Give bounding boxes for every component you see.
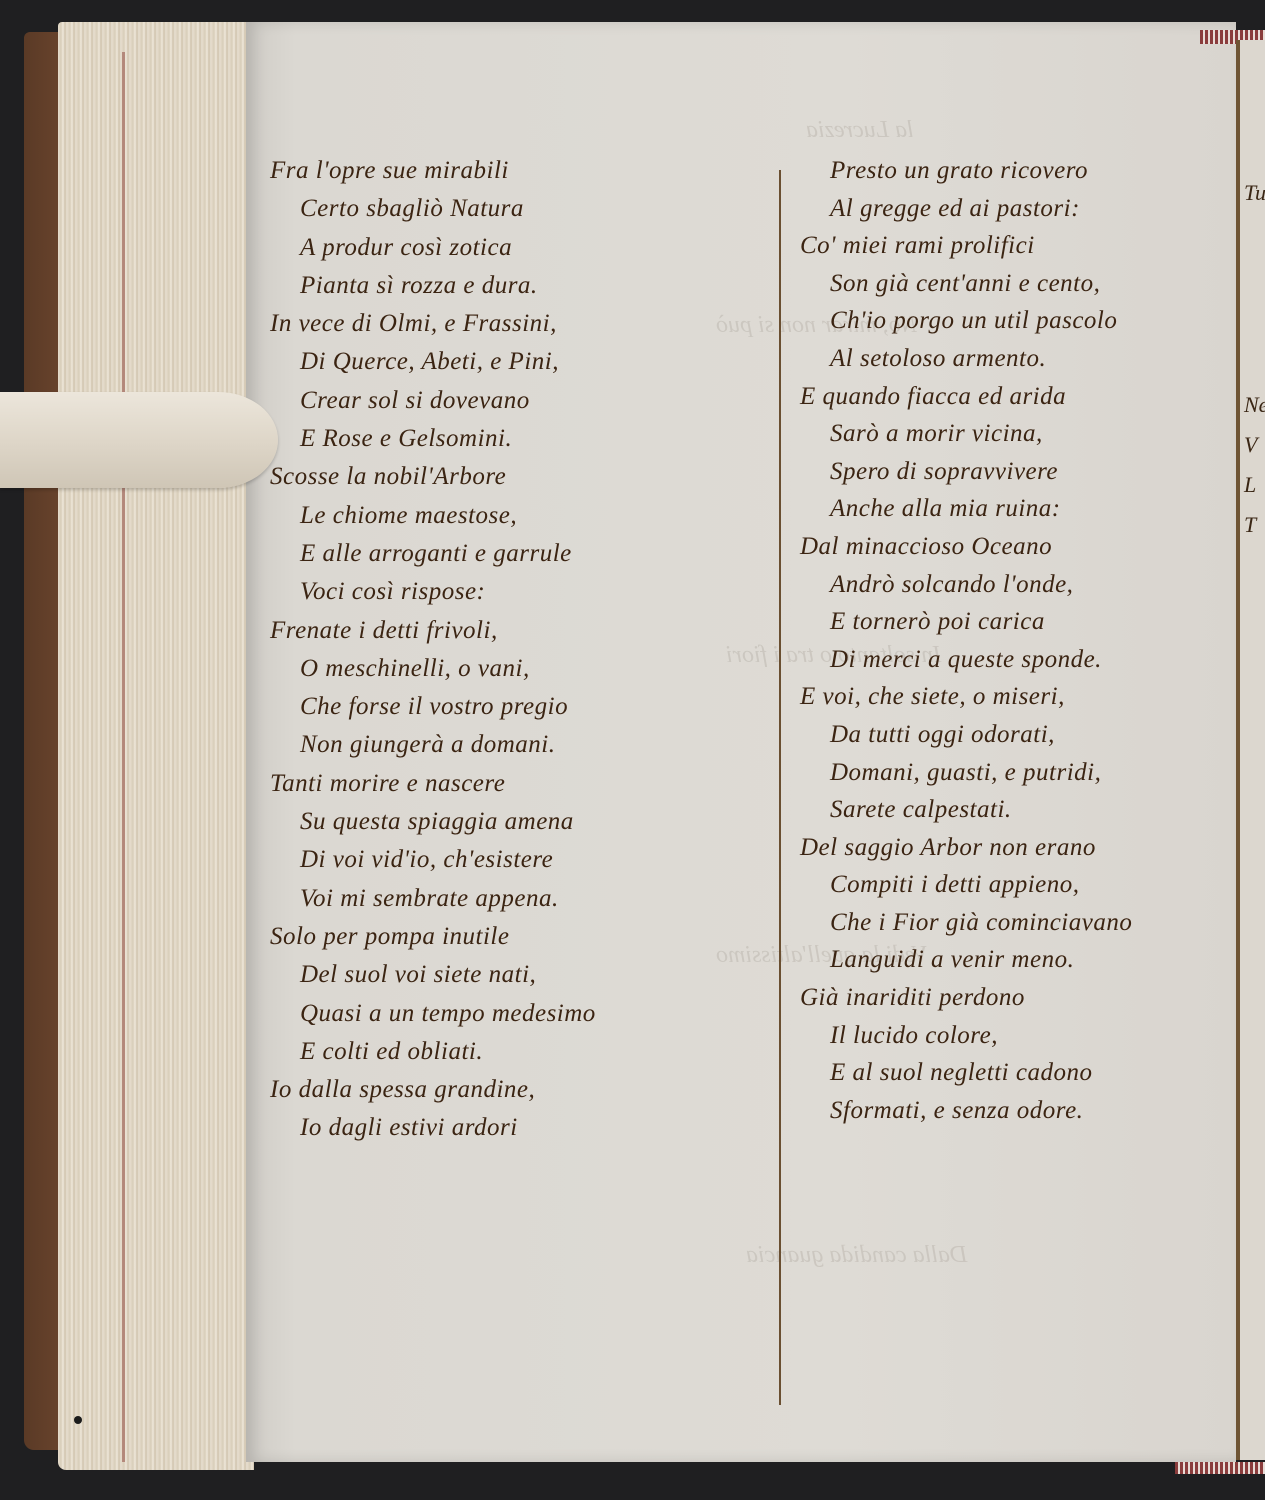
- facing-page-fragment: V: [1244, 432, 1257, 458]
- left-column: Fra l'opre sue mirabili Certo sbagliò Na…: [270, 152, 770, 1148]
- verse-line: Domani, guasti, e putridi,: [800, 754, 1240, 792]
- verse-line: E colti ed obliati.: [270, 1033, 770, 1071]
- verse-line: E tornerò poi carica: [800, 603, 1240, 641]
- verse-line: Il lucido colore,: [800, 1017, 1240, 1055]
- verse-line: Andrò solcando l'onde,: [800, 566, 1240, 604]
- facing-page-fragment: Ne: [1244, 392, 1265, 418]
- verse-line: Compiti i detti appieno,: [800, 866, 1240, 904]
- verse-line: Sarò a morir vicina,: [800, 415, 1240, 453]
- verse-line: Del suol voi siete nati,: [270, 956, 770, 994]
- bone-folder-bookmark: [0, 392, 278, 488]
- verse-line: Di voi vid'io, ch'esistere: [270, 841, 770, 879]
- column-divider: [779, 170, 781, 1405]
- verse-line: Di merci a queste sponde.: [800, 641, 1240, 679]
- verse-line: Frenate i detti frivoli,: [270, 612, 770, 650]
- verse-line: Voi mi sembrate appena.: [270, 880, 770, 918]
- verse-line: Ch'io porgo un util pascolo: [800, 302, 1240, 340]
- verse-line: Non giungerà a domani.: [270, 726, 770, 764]
- verse-line: Scosse la nobil'Arbore: [270, 458, 770, 496]
- verse-line: Son già cent'anni e cento,: [800, 265, 1240, 303]
- verse-line: Solo per pompa inutile: [270, 918, 770, 956]
- verse-line: Tanti morire e nascere: [270, 765, 770, 803]
- verse-line: O meschinelli, o vani,: [270, 650, 770, 688]
- verse-line: E Rose e Gelsomini.: [270, 420, 770, 458]
- verse-line: Presto un grato ricovero: [800, 152, 1240, 190]
- verse-line: Crear sol si dovevano: [270, 382, 770, 420]
- verse-line: Dal minaccioso Oceano: [800, 528, 1240, 566]
- verse-line: Di Querce, Abeti, e Pini,: [270, 343, 770, 381]
- page-edges: [58, 22, 254, 1470]
- verse-line: Al setoloso armento.: [800, 340, 1240, 378]
- verse-line: Al gregge ed ai pastori:: [800, 190, 1240, 228]
- verse-line: Le chiome maestose,: [270, 497, 770, 535]
- verse-line: Che forse il vostro pregio: [270, 688, 770, 726]
- verse-line: Io dagli estivi ardori: [270, 1109, 770, 1147]
- verse-line: Da tutti oggi odorati,: [800, 716, 1240, 754]
- verse-line: Anche alla mia ruina:: [800, 490, 1240, 528]
- facing-page-fragment: L: [1244, 472, 1256, 498]
- verse-line: A produr così zotica: [270, 229, 770, 267]
- verse-line: Voci così rispose:: [270, 573, 770, 611]
- verse-line: E quando fiacca ed arida: [800, 378, 1240, 416]
- verse-line: Sformati, e senza odore.: [800, 1092, 1240, 1130]
- verse-line: Io dalla spessa grandine,: [270, 1071, 770, 1109]
- verse-line: Già inariditi perdono: [800, 979, 1240, 1017]
- verse-line: E alle arroganti e garrule: [270, 535, 770, 573]
- verse-line: E voi, che siete, o miseri,: [800, 678, 1240, 716]
- verse-line: Certo sbagliò Natura: [270, 190, 770, 228]
- right-column: Presto un grato ricovero Al gregge ed ai…: [800, 152, 1240, 1129]
- facing-page-fragment: Tu: [1244, 180, 1265, 206]
- verse-line: Co' miei rami prolifici: [800, 227, 1240, 265]
- verse-line: Pianta sì rozza e dura.: [270, 267, 770, 305]
- facing-page-edge: Tu Ne V L T: [1240, 40, 1265, 1460]
- verse-line: Languidi a venir meno.: [800, 941, 1240, 979]
- verse-line: Spero di sopravvivere: [800, 453, 1240, 491]
- verse-line: Fra l'opre sue mirabili: [270, 152, 770, 190]
- binding-nail-icon: [74, 1416, 82, 1424]
- verse-line: Del saggio Arbor non erano: [800, 829, 1240, 867]
- verse-line: In vece di Olmi, e Frassini,: [270, 305, 770, 343]
- verse-line: Quasi a un tempo medesimo: [270, 995, 770, 1033]
- facing-page-fragment: T: [1244, 512, 1256, 538]
- verse-line: Che i Fior già cominciavano: [800, 904, 1240, 942]
- verse-line: Su questa spiaggia amena: [270, 803, 770, 841]
- bleed-through-text: la Lucrezia: [806, 117, 914, 144]
- verse-line: E al suol negletti cadono: [800, 1054, 1240, 1092]
- edge-red-line: [122, 52, 125, 1462]
- footband: [1175, 1462, 1265, 1474]
- verse-line: Sarete calpestati.: [800, 791, 1240, 829]
